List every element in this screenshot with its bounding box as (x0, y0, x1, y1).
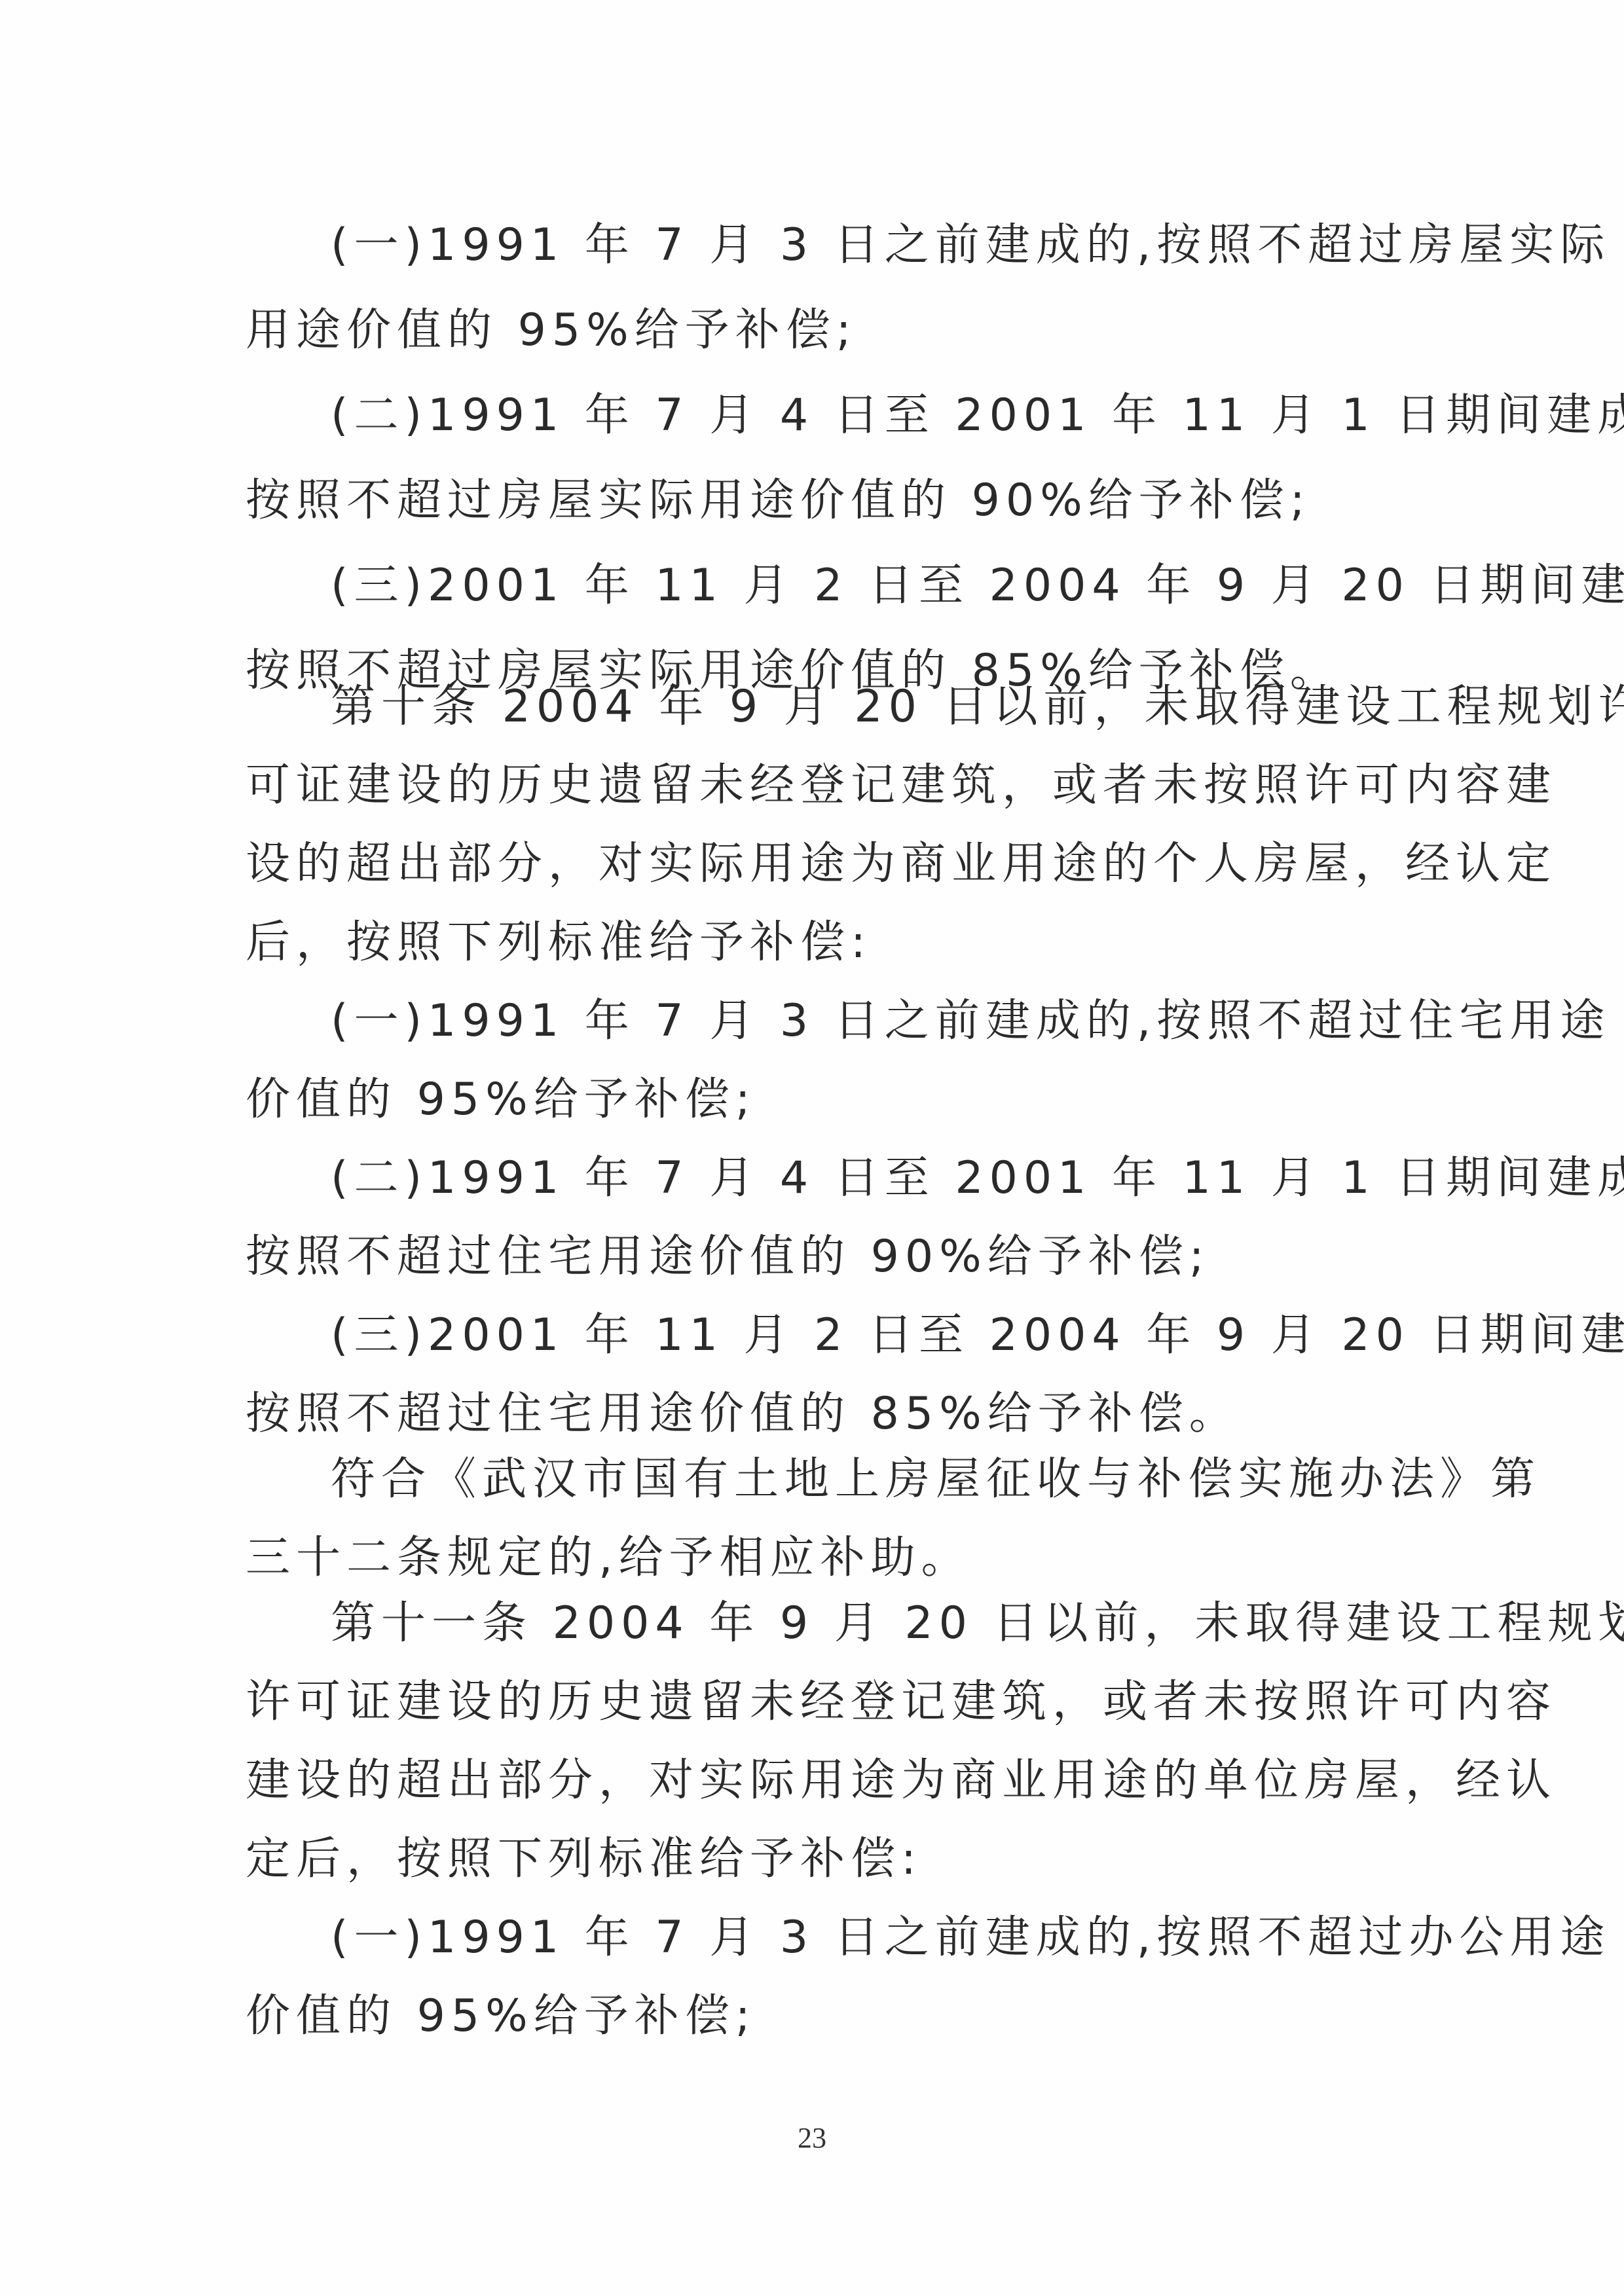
clause-11-item-1-line-1: (一)1991 年 7 月 3 日之前建成的,按照不超过办公用途 (331, 1912, 1385, 1964)
clause-10-item-1-line-2: 价值的 95%给予补偿; (246, 1074, 1385, 1126)
clause-11-line-2: 许可证建设的历史遗留未经登记建筑，或者未按照许可内容 (246, 1676, 1385, 1728)
clause-10-item-1-line-1: (一)1991 年 7 月 3 日之前建成的,按照不超过住宅用途 (331, 995, 1385, 1048)
clause-11-item-1-line-2: 价值的 95%给予补偿; (246, 1990, 1385, 2043)
subsidy-note-line-2: 三十二条规定的,给予相应补助。 (246, 1532, 1385, 1584)
clause-11-line-3: 建设的超出部分，对实际用途为商业用途的单位房屋，经认 (246, 1755, 1385, 1807)
clause-10-line-4: 后，按照下列标准给予补偿: (246, 917, 1385, 969)
clause-10-item-3-line-1: (三)2001 年 11 月 2 日至 2004 年 9 月 20 日期间建成的… (331, 1309, 1385, 1362)
clause-9-item-1-line-1: (一)1991 年 7 月 3 日之前建成的,按照不超过房屋实际 (331, 219, 1385, 272)
clause-10-line-3: 设的超出部分，对实际用途为商业用途的个人房屋，经认定 (246, 838, 1385, 890)
clause-10-item-2-line-2: 按照不超过住宅用途价值的 90%给予补偿; (246, 1231, 1385, 1283)
clause-11-line-4: 定后，按照下列标准给予补偿: (246, 1833, 1385, 1886)
clause-10-item-3-line-2: 按照不超过住宅用途价值的 85%给予补偿。 (246, 1388, 1385, 1440)
clause-9-item-1-line-2: 用途价值的 95%给予补偿; (246, 304, 1385, 357)
clause-10-item-2-line-1: (二)1991 年 7 月 4 日至 2001 年 11 月 1 日期间建成的, (331, 1152, 1385, 1205)
clause-9-item-3-line-1: (三)2001 年 11 月 2 日至 2004 年 9 月 20 日期间建成的… (331, 560, 1385, 612)
clause-10-line-1: 第十条 2004 年 9 月 20 日以前，未取得建设工程规划许 (331, 681, 1385, 733)
clause-11-line-1: 第十一条 2004 年 9 月 20 日以前，未取得建设工程规划 (331, 1597, 1385, 1650)
clause-10-line-2: 可证建设的历史遗留未经登记建筑，或者未按照许可内容建 (246, 759, 1385, 812)
clause-9-item-2-line-1: (二)1991 年 7 月 4 日至 2001 年 11 月 1 日期间建成的, (331, 390, 1385, 442)
document-page: (一)1991 年 7 月 3 日之前建成的,按照不超过房屋实际 用途价值的 9… (0, 0, 1624, 2296)
clause-9-item-2-line-2: 按照不超过房屋实际用途价值的 90%给予补偿; (246, 475, 1385, 527)
page-number: 23 (0, 2121, 1624, 2155)
subsidy-note-line-1: 符合《武汉市国有土地上房屋征收与补偿实施办法》第 (331, 1453, 1385, 1506)
